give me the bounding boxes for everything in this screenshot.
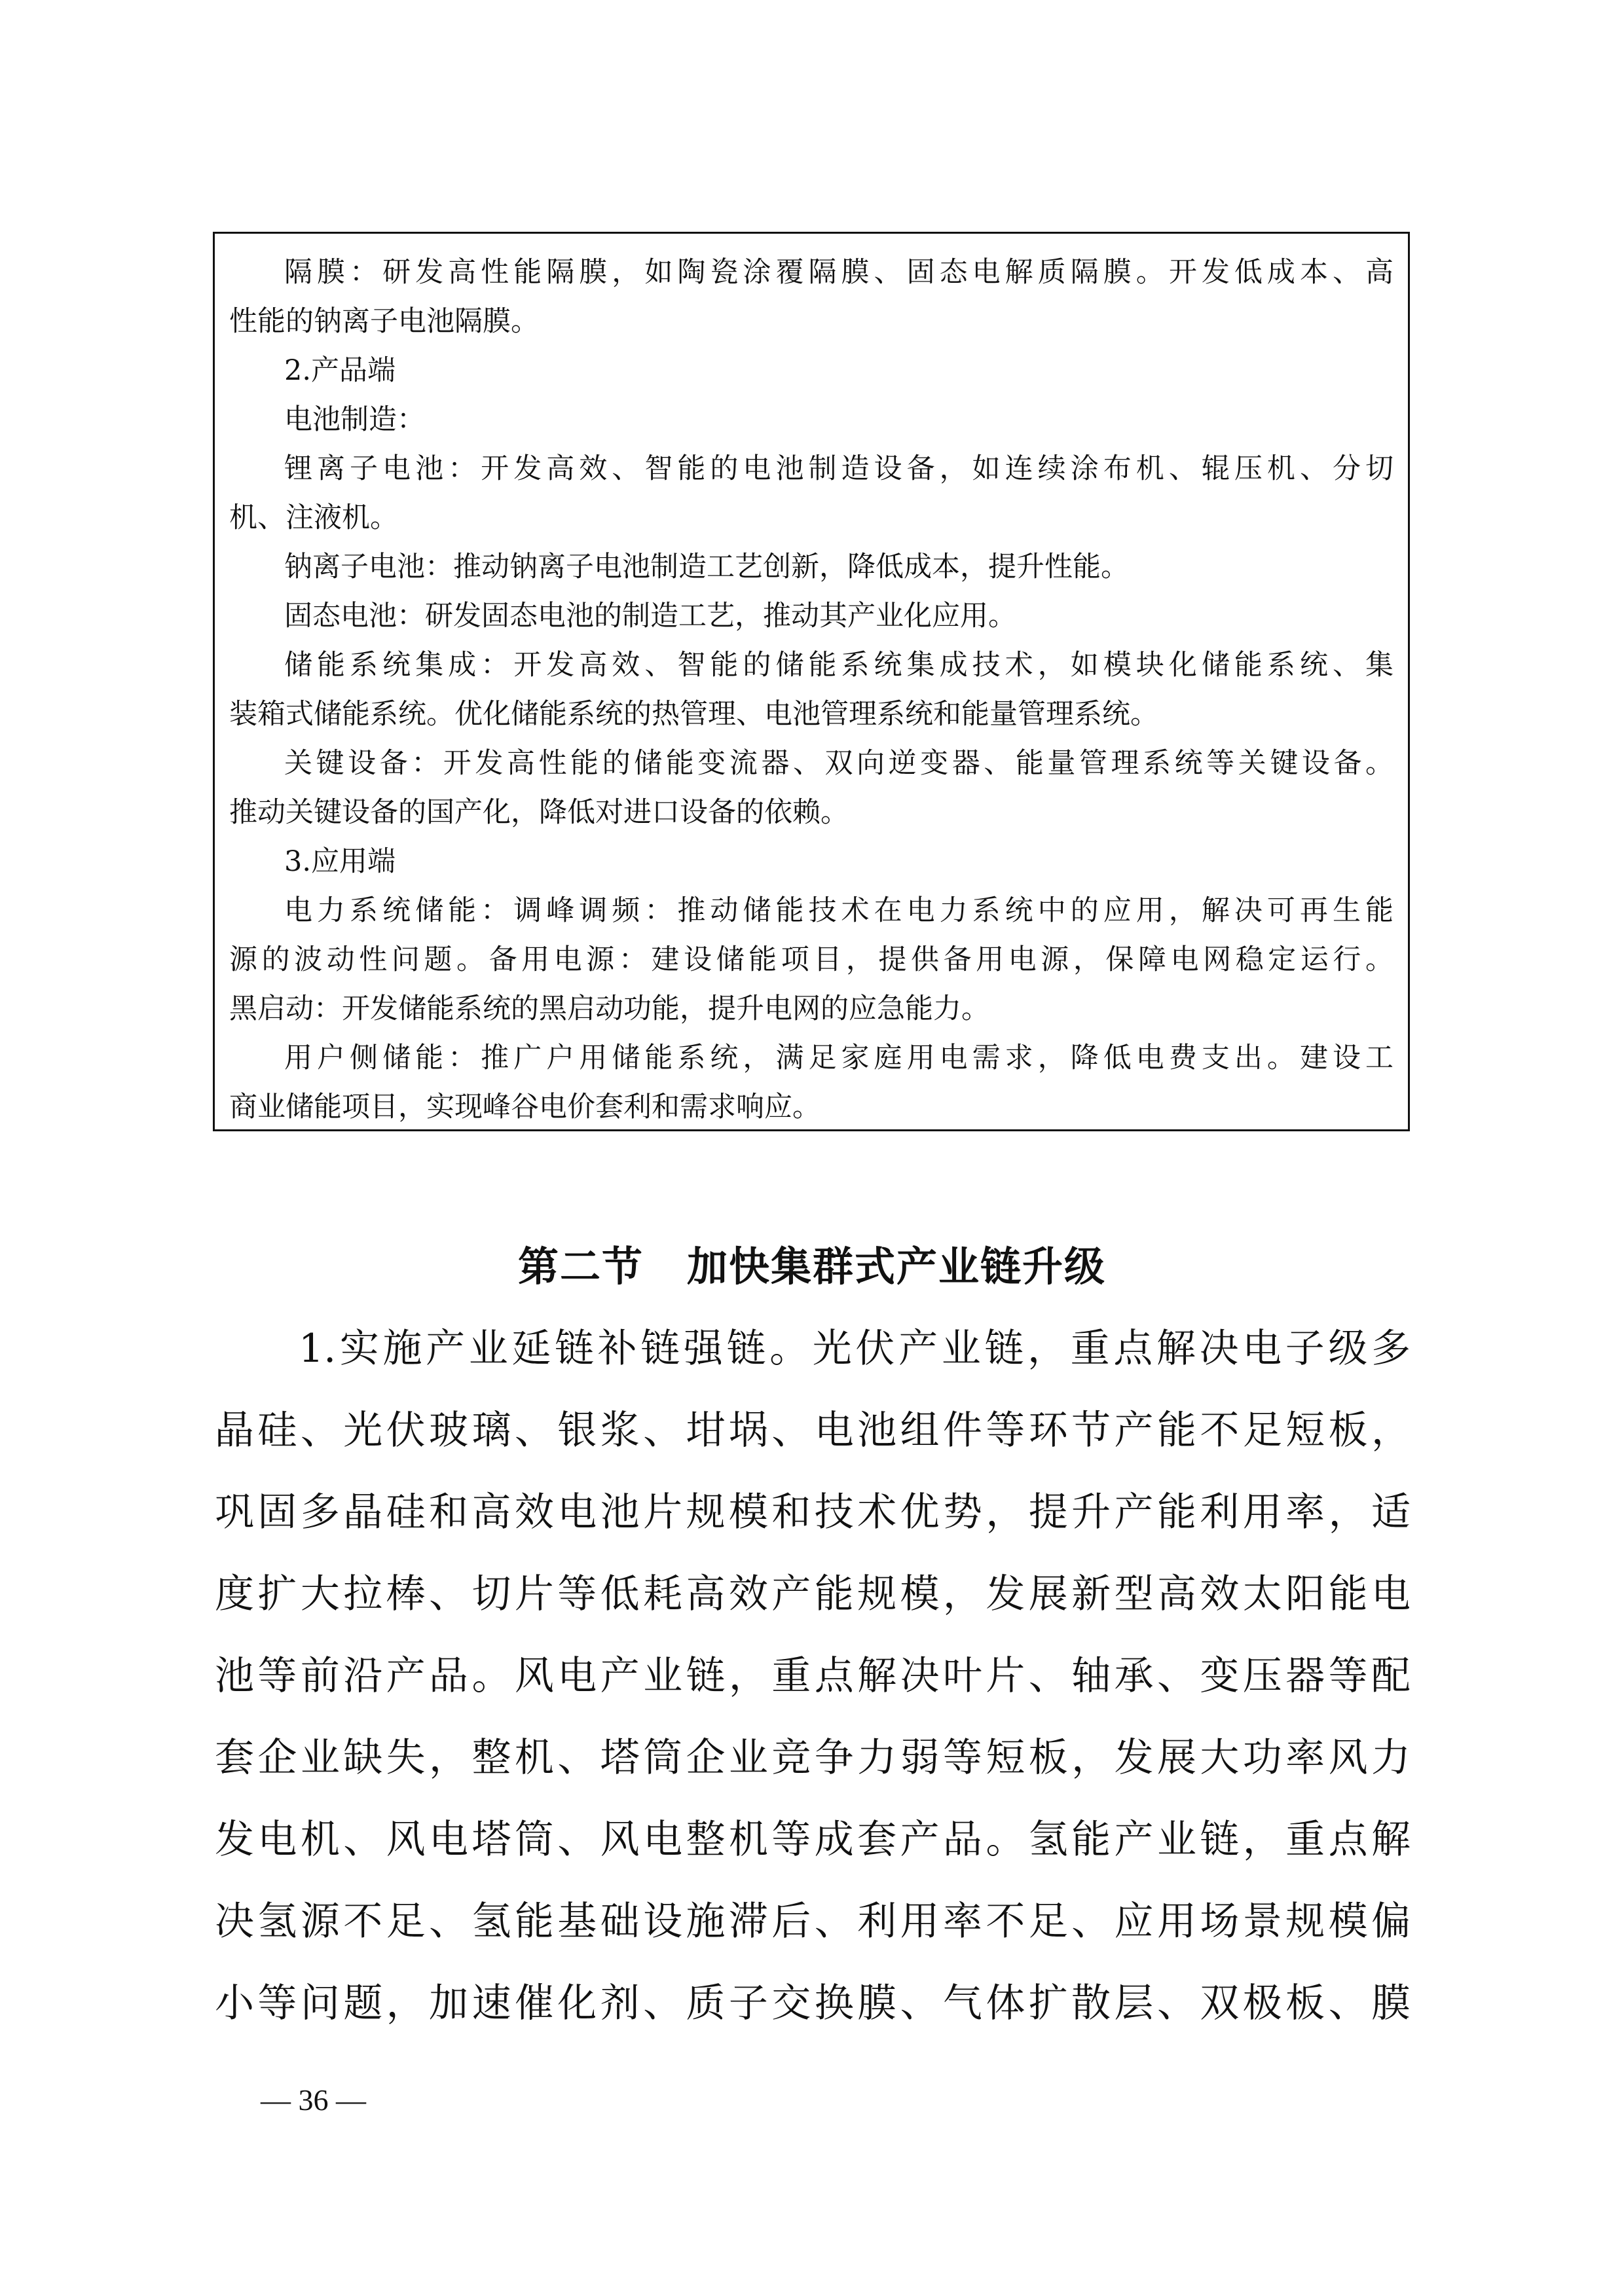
box-line: 推动关键设备的国产化，降低对进口设备的依赖。 [229, 788, 1393, 837]
boxed-excerpt: 隔膜：研发高性能隔膜，如陶瓷涂覆隔膜、固态电解质隔膜。开发低成本、高 性能的钠离… [213, 232, 1410, 1131]
box-subheading-product: 2.产品端 [229, 346, 1393, 395]
box-line: 用户侧储能：推广户用储能系统，满足家庭用电需求，降低电费支出。建设工 [229, 1034, 1393, 1083]
box-line: 商业储能项目，实现峰谷电价套利和需求响应。 [229, 1083, 1393, 1132]
box-line: 锂离子电池：开发高效、智能的电池制造设备，如连续涂布机、辊压机、分切 [229, 445, 1393, 494]
box-line: 钠离子电池：推动钠离子电池制造工艺创新，降低成本，提升性能。 [229, 543, 1393, 592]
box-line: 电力系统储能：调峰调频：推动储能技术在电力系统中的应用，解决可再生能 [229, 886, 1393, 936]
paragraph-line: 度扩大拉棒、切片等低耗高效产能规模，发展新型高效太阳能电 [215, 1561, 1411, 1643]
box-line: 固态电池：研发固态电池的制造工艺，推动其产业化应用。 [229, 592, 1393, 641]
paragraph-line: 发电机、风电塔筒、风电整机等成套产品。氢能产业链，重点解 [215, 1807, 1411, 1889]
boxed-excerpt-text: 隔膜：研发高性能隔膜，如陶瓷涂覆隔膜、固态电解质隔膜。开发低成本、高 性能的钠离… [229, 248, 1393, 1132]
box-subheading-application: 3.应用端 [229, 837, 1393, 886]
section-title: 加快集群式产业链升级 [687, 1243, 1106, 1290]
paragraph-line: 巩固多晶硅和高效电池片规模和技术优势，提升产能利用率，适 [215, 1480, 1411, 1561]
paragraph-line: 套企业缺失，整机、塔筒企业竞争力弱等短板，发展大功率风力 [215, 1725, 1411, 1807]
box-line: 黑启动：开发储能系统的黑启动功能，提升电网的应急能力。 [229, 985, 1393, 1034]
paragraph-line: 1.实施产业延链补链强链。光伏产业链，重点解决电子级多 [215, 1316, 1411, 1398]
paragraph-line: 小等问题，加速催化剂、质子交换膜、气体扩散层、双极板、膜 [215, 1971, 1411, 2052]
paragraph-line: 池等前沿产品。风电产业链，重点解决叶片、轴承、变压器等配 [215, 1643, 1411, 1725]
page-number: — 36 — [261, 2081, 366, 2120]
paragraph-line: 决氢源不足、氢能基础设施滞后、利用率不足、应用场景规模偏 [215, 1889, 1411, 1971]
body-paragraph: 1.实施产业延链补链强链。光伏产业链，重点解决电子级多 晶硅、光伏玻璃、银浆、坩… [215, 1316, 1411, 2052]
box-line: 储能系统集成：开发高效、智能的储能系统集成技术，如模块化储能系统、集 [229, 641, 1393, 690]
document-page: 隔膜：研发高性能隔膜，如陶瓷涂覆隔膜、固态电解质隔膜。开发低成本、高 性能的钠离… [0, 0, 1624, 2296]
section-heading: 第二节加快集群式产业链升级 [0, 1237, 1624, 1296]
box-line: 源的波动性问题。备用电源：建设储能项目，提供备用电源，保障电网稳定运行。 [229, 936, 1393, 985]
box-line: 装箱式储能系统。优化储能系统的热管理、电池管理系统和能量管理系统。 [229, 690, 1393, 739]
box-line: 关键设备：开发高性能的储能变流器、双向逆变器、能量管理系统等关键设备。 [229, 739, 1393, 788]
section-number: 第二节 [518, 1243, 644, 1290]
box-line: 隔膜：研发高性能隔膜，如陶瓷涂覆隔膜、固态电解质隔膜。开发低成本、高 [229, 248, 1393, 297]
box-line: 性能的钠离子电池隔膜。 [229, 297, 1393, 346]
paragraph-line: 晶硅、光伏玻璃、银浆、坩埚、电池组件等环节产能不足短板， [215, 1398, 1411, 1480]
box-line: 机、注液机。 [229, 494, 1393, 543]
box-label-battery-manufacturing: 电池制造： [229, 395, 1393, 445]
